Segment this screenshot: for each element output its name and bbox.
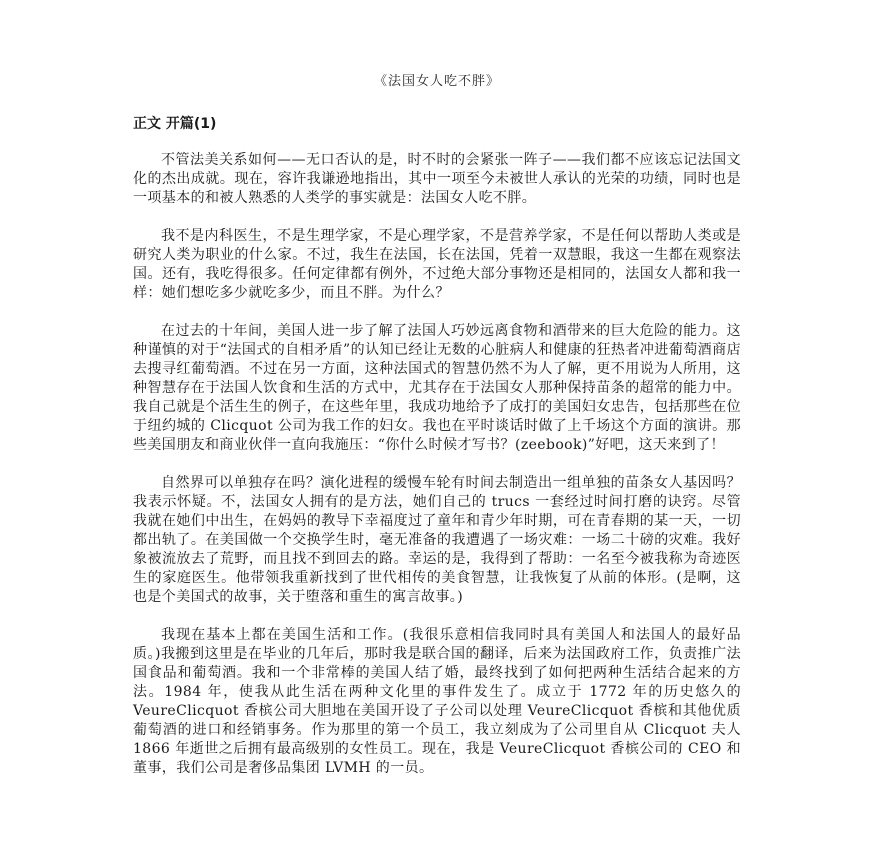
paragraph-3: 在过去的十年间，美国人进一步了解了法国人巧妙远离食物和酒带来的巨大危险的能力。这… — [133, 322, 741, 455]
paragraph-5: 我现在基本上都在美国生活和工作。(我很乐意相信我同时具有美国人和法国人的最好品质… — [133, 626, 741, 778]
section-heading: 正文 开篇(1) — [133, 113, 741, 133]
paragraph-2: 我不是内科医生，不是生理学家，不是心理学家，不是营养学家，不是任何以帮助人类或是… — [133, 227, 741, 303]
paragraph-1: 不管法美关系如何——无口否认的是，时不时的会紧张一阵子——我们都不应该忘记法国文… — [133, 151, 741, 208]
document-page: 《法国女人吃不胖》 正文 开篇(1) 不管法美关系如何——无口否认的是，时不时的… — [133, 70, 741, 797]
paragraph-4: 自然界可以单独存在吗？演化进程的缓慢车轮有时间去制造出一组单独的苗条女人基因吗？… — [133, 474, 741, 607]
document-title: 《法国女人吃不胖》 — [133, 70, 741, 89]
